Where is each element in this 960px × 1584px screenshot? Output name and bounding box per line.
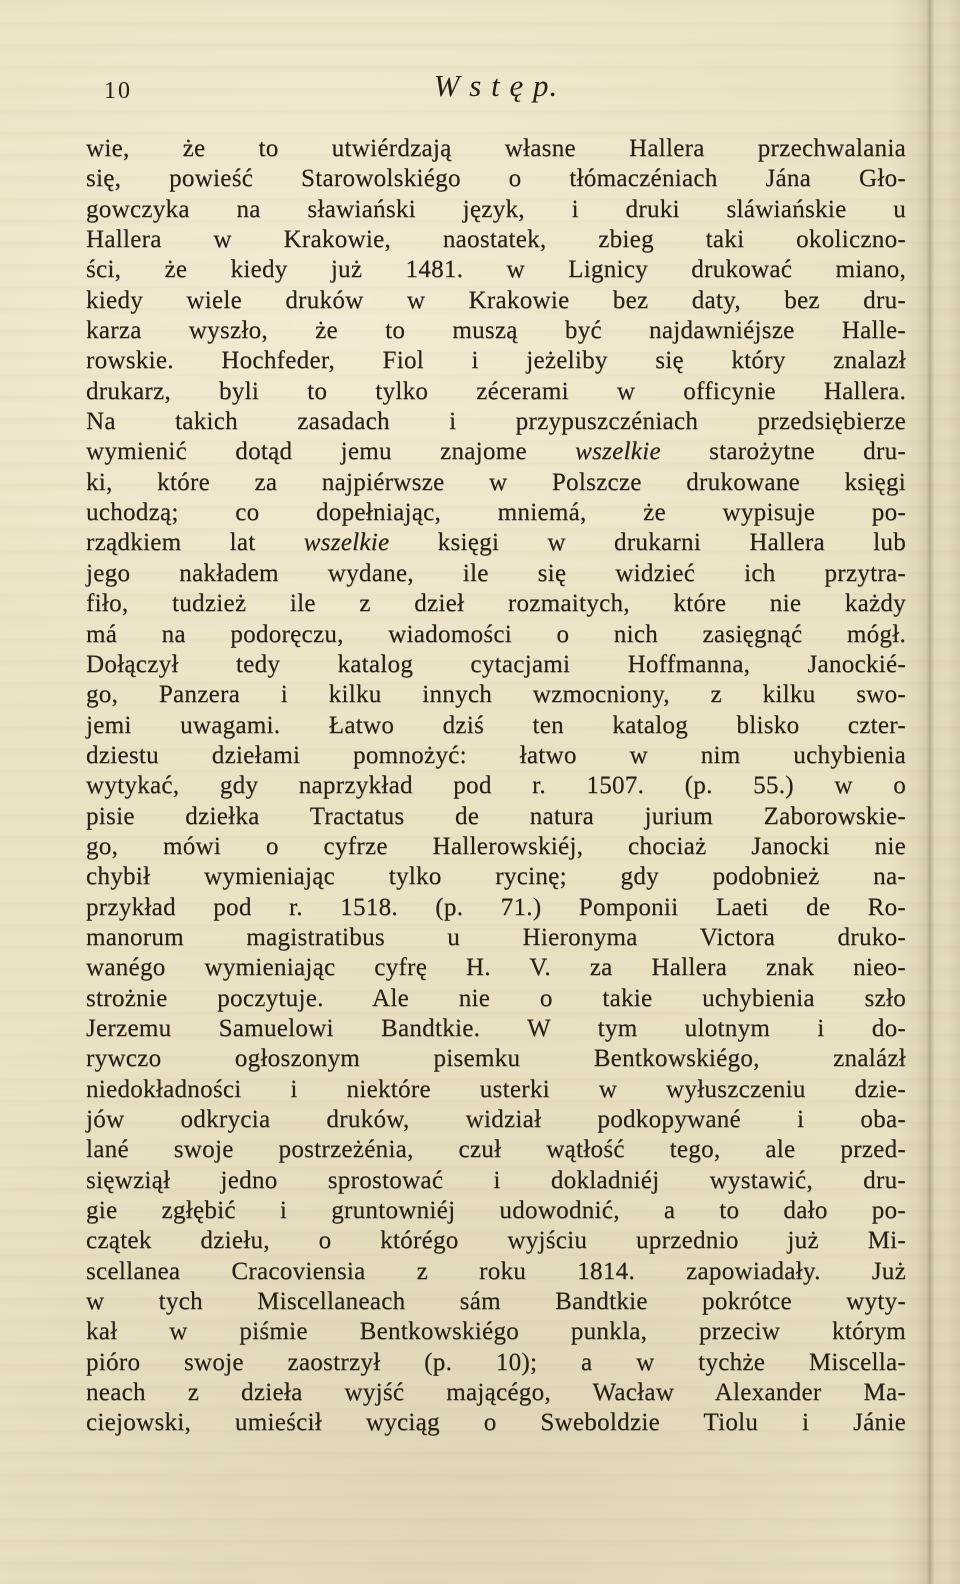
- text-line: lané swoje postrzeżénia, czuł wątłość te…: [86, 1135, 906, 1165]
- text-line: Na takich zasadach i przypuszczéniach pr…: [86, 407, 906, 437]
- emphasized-word: wszelkie: [575, 438, 661, 465]
- text-line: Dołączył tedy katalog cytacjami Hoffmann…: [86, 650, 906, 680]
- text-line: czątek dziełu, o którégo wyjściu uprzedn…: [86, 1226, 906, 1256]
- text-line: neach z dzieła wyjść mającégo, Wacław Al…: [86, 1378, 906, 1408]
- text-line: uchodzą; co dopełniając, mniemá, że wypi…: [86, 498, 906, 528]
- text-segment: księgi w drukarni Hallera lub: [389, 529, 906, 556]
- text-line: ki, które za najpiérwsze w Polszcze druk…: [86, 468, 906, 498]
- text-line: ciejowski, umieścił wyciąg o Sweboldzie …: [86, 1408, 906, 1438]
- text-line: jego nakładem wydane, ile się widzieć ic…: [86, 559, 906, 589]
- text-line: wytykać, gdy naprzykład pod r. 1507. (p.…: [86, 771, 906, 801]
- text-line: dziestu dziełami pomnożyć: łatwo w nim u…: [86, 741, 906, 771]
- text-line: wymienić dotąd jemu znajome wszelkie sta…: [86, 437, 906, 467]
- text-line: go, Panzera i kilku innych wzmocniony, z…: [86, 680, 906, 710]
- text-line: má na podoręczu, wiadomości o nich zasię…: [86, 620, 906, 650]
- text-line: wie, że to utwiérdzają własne Hallera pr…: [86, 134, 906, 164]
- emphasized-word: wszelkie: [304, 529, 390, 556]
- text-line: go, mówi o cyfrze Hallerowskiéj, chociaż…: [86, 832, 906, 862]
- text-segment: rządkiem lat: [86, 529, 304, 556]
- scanned-book-page: 10 W s t ę p. wie, że to utwiérdzają wła…: [0, 0, 960, 1584]
- text-segment: wymienić dotąd jemu znajome: [86, 438, 575, 465]
- text-line: kał w piśmie Bentkowskiégo punkla, przec…: [86, 1317, 906, 1347]
- text-line: rywczo ogłoszonym pisemku Bentkowskiégo,…: [86, 1044, 906, 1074]
- text-line: kiedy wiele druków w Krakowie bez daty, …: [86, 286, 906, 316]
- text-line: strożnie poczytuje. Ale nie o takie uchy…: [86, 984, 906, 1014]
- running-title: W s t ę p.: [86, 68, 906, 104]
- text-line: drukarz, byli to tylko zécerami w officy…: [86, 377, 906, 407]
- text-line: Jerzemu Samuelowi Bandtkie. W tym ulotny…: [86, 1014, 906, 1044]
- text-line: ści, że kiedy już 1481. w Lignicy drukow…: [86, 255, 906, 285]
- text-body: wie, że to utwiérdzają własne Hallera pr…: [86, 134, 906, 1439]
- text-segment: starożytne dru-: [661, 438, 906, 465]
- text-line: fiło, tudzież ile z dzieł rozmaitych, kt…: [86, 589, 906, 619]
- text-line: się, powieść Starowolskiégo o tłómaczéni…: [86, 164, 906, 194]
- text-line: wanégo wymieniając cyfrę H. V. za Haller…: [86, 953, 906, 983]
- text-line: gowczyka na sławiański język, i druki sl…: [86, 195, 906, 225]
- text-line: rowskie. Hochfeder, Fiol i jeżeliby się …: [86, 346, 906, 376]
- text-line: przykład pod r. 1518. (p. 71.) Pomponii …: [86, 893, 906, 923]
- text-line: jów odkrycia druków, widział podkopywané…: [86, 1105, 906, 1135]
- text-line: manorum magistratibus u Hieronyma Victor…: [86, 923, 906, 953]
- text-line: chybił wymieniając tylko rycinę; gdy pod…: [86, 862, 906, 892]
- text-line: pisie dziełka Tractatus de natura jurium…: [86, 802, 906, 832]
- text-line: niedokładności i niektóre usterki w wyłu…: [86, 1075, 906, 1105]
- text-line: w tych Miscellaneach sám Bandtkie pokrót…: [86, 1287, 906, 1317]
- text-line: karza wyszło, że to muszą być najdawniéj…: [86, 316, 906, 346]
- text-line: sięwziął jedno sprostować i dokladniéj w…: [86, 1166, 906, 1196]
- text-line: gie zgłębić i gruntowniéj udowodnić, a t…: [86, 1196, 906, 1226]
- text-line: rządkiem lat wszelkie księgi w drukarni …: [86, 528, 906, 558]
- text-line: pióro swoje zaostrzył (p. 10); a w tychż…: [86, 1348, 906, 1378]
- text-line: jemi uwagami. Łatwo dziś ten katalog bli…: [86, 711, 906, 741]
- text-line: scellanea Cracoviensia z roku 1814. zapo…: [86, 1257, 906, 1287]
- text-line: Hallera w Krakowie, naostatek, zbieg tak…: [86, 225, 906, 255]
